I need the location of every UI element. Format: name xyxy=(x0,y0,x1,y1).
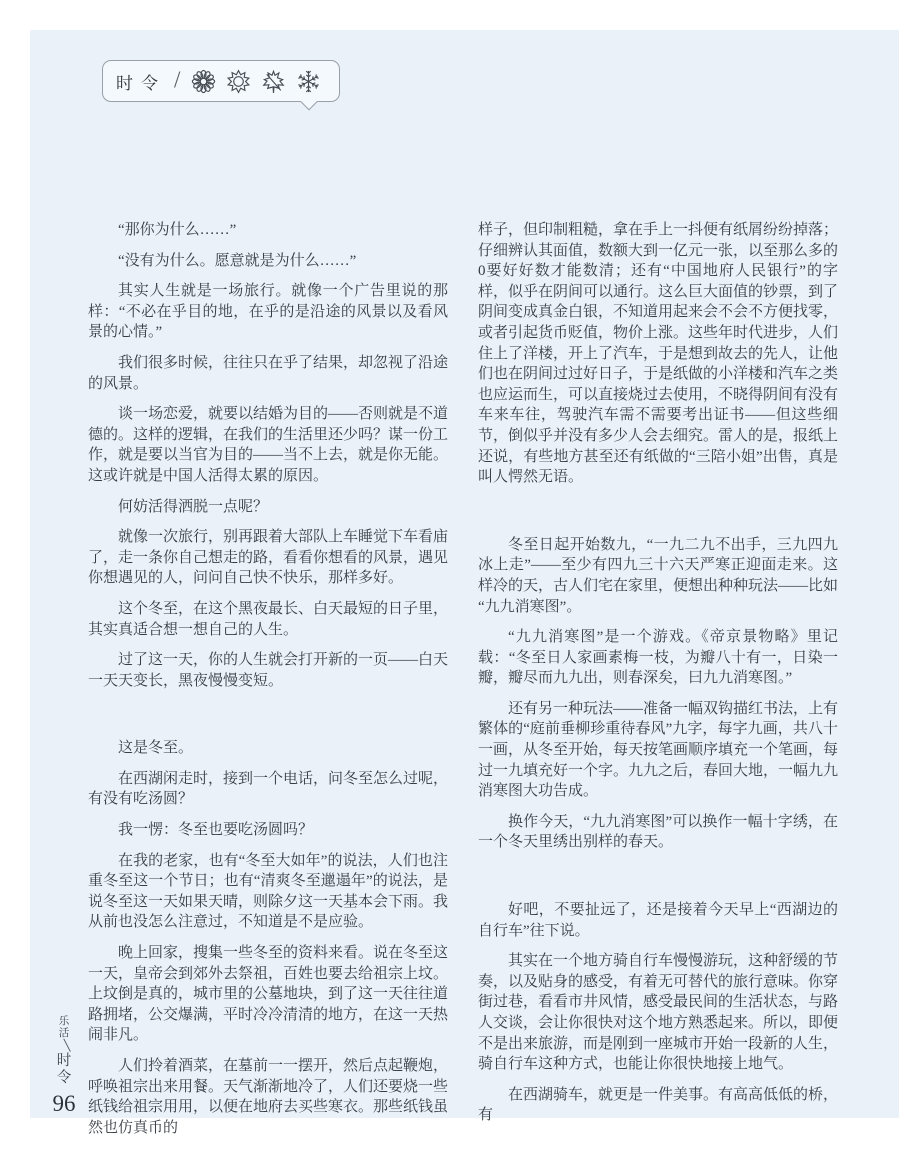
paragraph: 这个冬至，在这个黑夜最长、白天最短的日子里，其实真适合想一想自己的人生。 xyxy=(88,599,448,640)
paragraph: 其实人生就是一场旅行。就像一个广告里说的那样：“不必在乎目的地，在乎的是沿途的风… xyxy=(88,281,448,343)
paragraph: 在西湖骑车，就更是一件美事。有高高低低的桥，有 xyxy=(478,1085,838,1126)
paragraph: 换作今天，“九九消寒图”可以换作一幅十字绣，在一个冬天里绣出别样的春天。 xyxy=(478,812,838,853)
footer-sidebar: 乐活 ╲ 时令 96 xyxy=(40,1016,88,1117)
paragraph: 过了这一天，你的人生就会打开新的一页——白天一天天变长，黑夜慢慢变短。 xyxy=(88,650,448,691)
paragraph: 何妨活得洒脱一点呢？ xyxy=(88,497,448,518)
paragraph: 在我的老家，也有“冬至大如年”的说法，人们也注重冬至这一个节日；也有“清爽冬至邋… xyxy=(88,851,448,933)
flower-spring-icon xyxy=(190,68,217,95)
magazine-page: { "page": { "background_color": "#eaf1f9… xyxy=(0,0,899,1150)
left-text-column: “那你为什么……”“没有为什么。愿意就是为什么……”其实人生就是一场旅行。就像一… xyxy=(88,220,448,1148)
paragraph: 还有另一种玩法——准备一幅双钩描红书法，上有繁体的“庭前垂柳珍重待春风”九字，每… xyxy=(478,699,838,802)
paragraph: “九九消寒图”是一个游戏。《帝京景物略》里记载：“冬至日人家画素梅一枝，为瓣八十… xyxy=(478,627,838,689)
section-header-bubble: 时令 / xyxy=(102,60,340,102)
bubble-tail xyxy=(301,93,318,110)
paragraph: 冬至日起开始数九，“一九二九不出手，三九四九冰上走”——至少有四九三十六天严寒正… xyxy=(478,535,838,617)
section-name-vertical: 时令 xyxy=(57,1053,72,1086)
magazine-name-vertical: 乐活 xyxy=(59,1016,70,1039)
paragraph: 我们很多时候，往往只在乎了结果，却忽视了沿途的风景。 xyxy=(88,353,448,394)
page-number: 96 xyxy=(53,1091,76,1117)
paragraph: 好吧，不要扯远了，还是接着今天早上“西湖边的自行车”往下说。 xyxy=(478,900,838,941)
paragraph: 就像一次旅行，别再跟着大部队上车睡觉下车看庙了，走一条你自己想走的路，看看你想看… xyxy=(88,527,448,589)
snowflake-winter-icon xyxy=(295,68,322,95)
paragraph: “那你为什么……” xyxy=(88,220,448,241)
sidebar-slash: ╲ xyxy=(64,1040,71,1052)
paragraph: 这是冬至。 xyxy=(88,738,448,759)
right-text-column: 样子，但印制粗糙，拿在手上一抖便有纸屑纷纷掉落；仔细辨认其面值，数额大到一亿元一… xyxy=(478,220,838,1136)
page-background: 时令 / xyxy=(30,30,899,1118)
maple-leaf-autumn-icon xyxy=(260,68,287,95)
paragraph: 我一愣：冬至也要吃汤圆吗？ xyxy=(88,820,448,841)
sun-summer-icon xyxy=(225,68,252,95)
paragraph: 样子，但印制粗糙，拿在手上一抖便有纸屑纷纷掉落；仔细辨认其面值，数额大到一亿元一… xyxy=(478,220,838,488)
paragraph: 在西湖闲走时，接到一个电话，问冬至怎么过呢，有没有吃汤圆？ xyxy=(88,769,448,810)
paragraph: 其实在一个地方骑自行车慢慢游玩，这种舒缓的节奏，以及贴身的感受，有着无可替代的旅… xyxy=(478,951,838,1075)
header-separator: / xyxy=(174,66,180,93)
paragraph: 谈一场恋爱，就要以结婚为目的——否则就是不道德的。这样的逻辑，在我们的生活里还少… xyxy=(88,404,448,486)
paragraph: “没有为什么。愿意就是为什么……” xyxy=(88,251,448,272)
paragraph: 晚上回家，搜集一些冬至的资料来看。说在冬至这一天，皇帝会到郊外去祭祖，百姓也要去… xyxy=(88,943,448,1046)
section-title: 时令 xyxy=(116,69,166,94)
paragraph: 人们拎着酒菜，在墓前一一摆开，然后点起鞭炮，呼唤祖宗出来用餐。天气渐渐地冷了，人… xyxy=(88,1056,448,1138)
